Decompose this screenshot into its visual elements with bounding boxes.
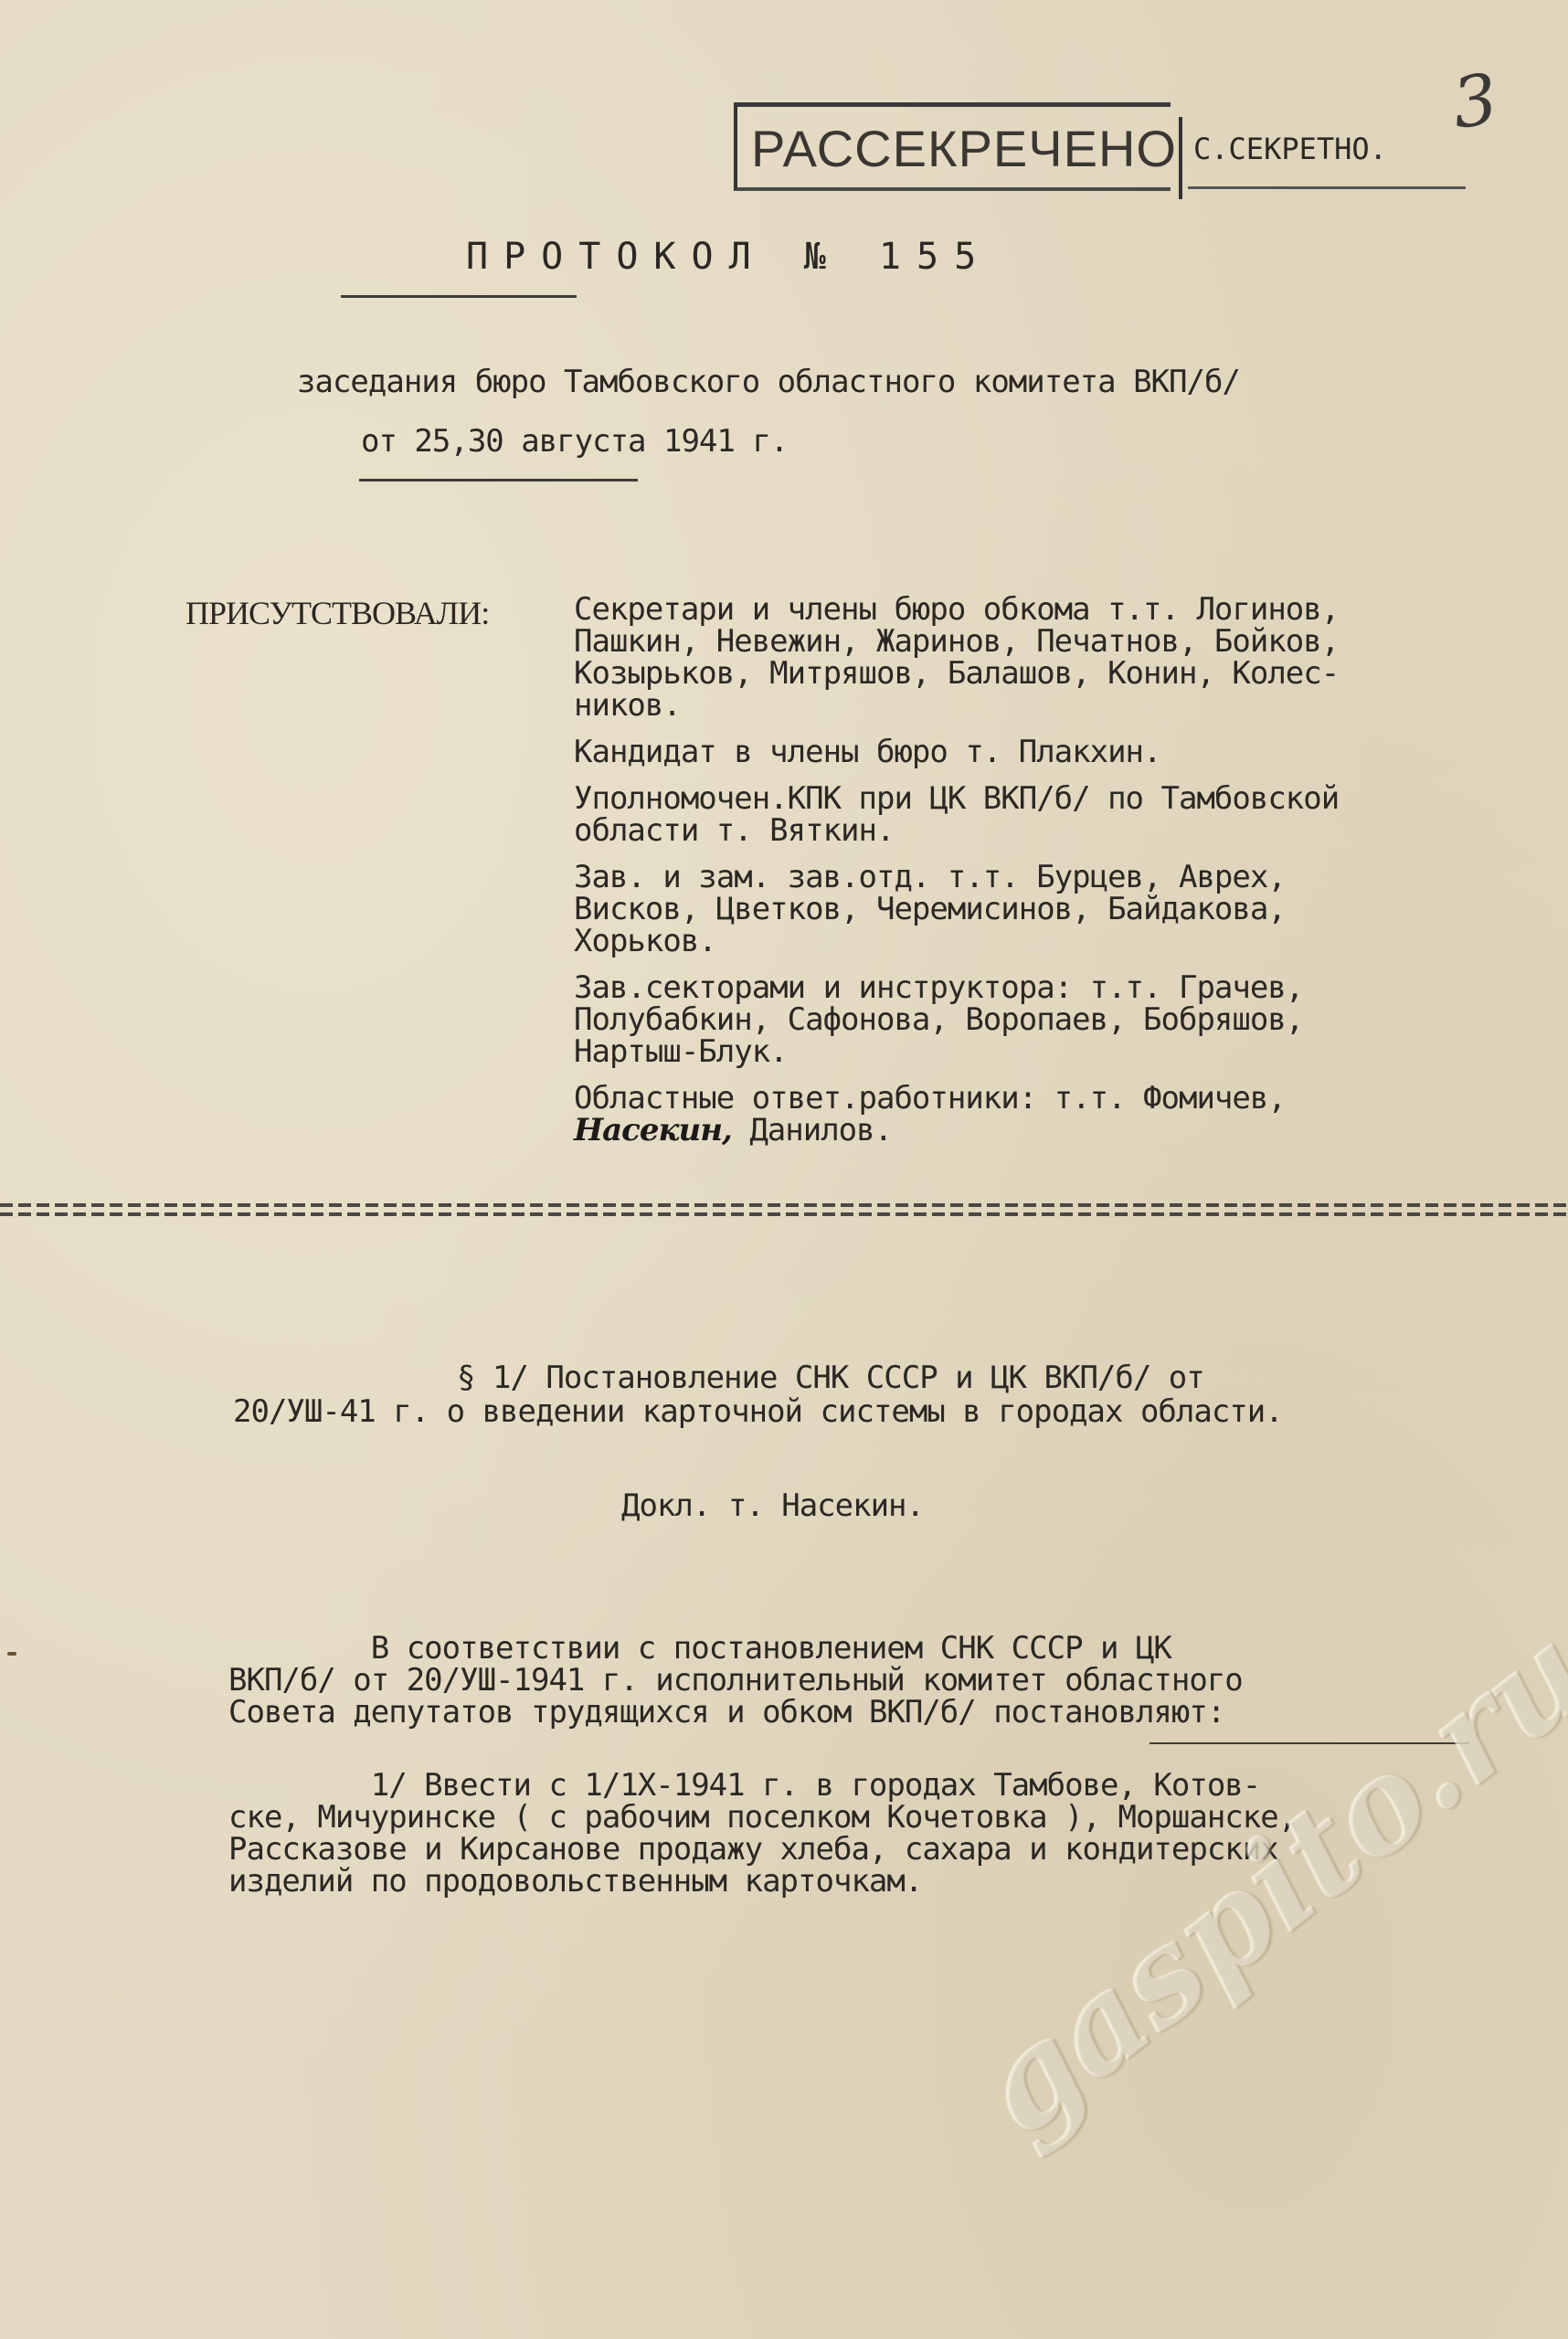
regional-officials-text-end: Данилов. [732,1112,892,1148]
attendee-group-sector-heads: Зав.секторами и инструктора: т.т. Грачев… [574,972,1542,1068]
separator-dashes-bottom [0,1212,1568,1216]
attendee-group-regional-officials: Областные ответ.работники: т.т. Фомичев,… [574,1083,1542,1147]
attendee-group-bureau: Секретари и члены бюро обкома т.т. Логин… [574,594,1542,722]
handwritten-name: Насекин, [574,1112,732,1148]
date-underline [359,479,638,482]
reporter: Докл. т. Насекин. [621,1487,924,1524]
stamp-divider [1179,117,1182,199]
document-subtitle: заседания бюро Тамбовского областного ко… [297,364,1240,400]
page-number: 3 [1447,58,1502,144]
attendee-group-kpk: Уполномочен.КПК при ЦК ВКП/б/ по Тамбовс… [574,783,1542,847]
resolution-preamble: В соответствии с постановлением СНК СССР… [228,1633,1544,1729]
attendee-group-dept-heads: Зав. и зам. зав.отд. т.т. Бурцев, Аврех,… [574,862,1542,958]
section-heading-cont: 20/УШ-41 г. о введении карточной системы… [233,1393,1283,1430]
section-heading: § 1/ Постановление СНК СССР и ЦК ВКП/б/ … [457,1360,1204,1396]
regional-officials-text: Областные ответ.работники: т.т. Фомичев, [574,1080,1286,1117]
attendee-group-candidate: Кандидат в члены бюро т. Плакхин. [574,736,1542,768]
attendance-label: ПРИСУТСТВОВАЛИ: [185,594,489,632]
title-underline [341,295,577,298]
paper-speck [7,1652,16,1656]
attendee-list: Секретари и члены бюро обкома т.т. Логин… [574,594,1542,1161]
document-date: от 25,30 августа 1941 г. [361,423,788,460]
classification-underline [1188,186,1466,189]
separator-dashes-top [0,1203,1568,1207]
declassified-stamp: РАССЕКРЕЧЕНО [751,119,1177,178]
classification-mark: С.СЕКРЕТНО. [1193,132,1387,166]
document-title: ПРОТОКОЛ № 155 [466,236,991,278]
